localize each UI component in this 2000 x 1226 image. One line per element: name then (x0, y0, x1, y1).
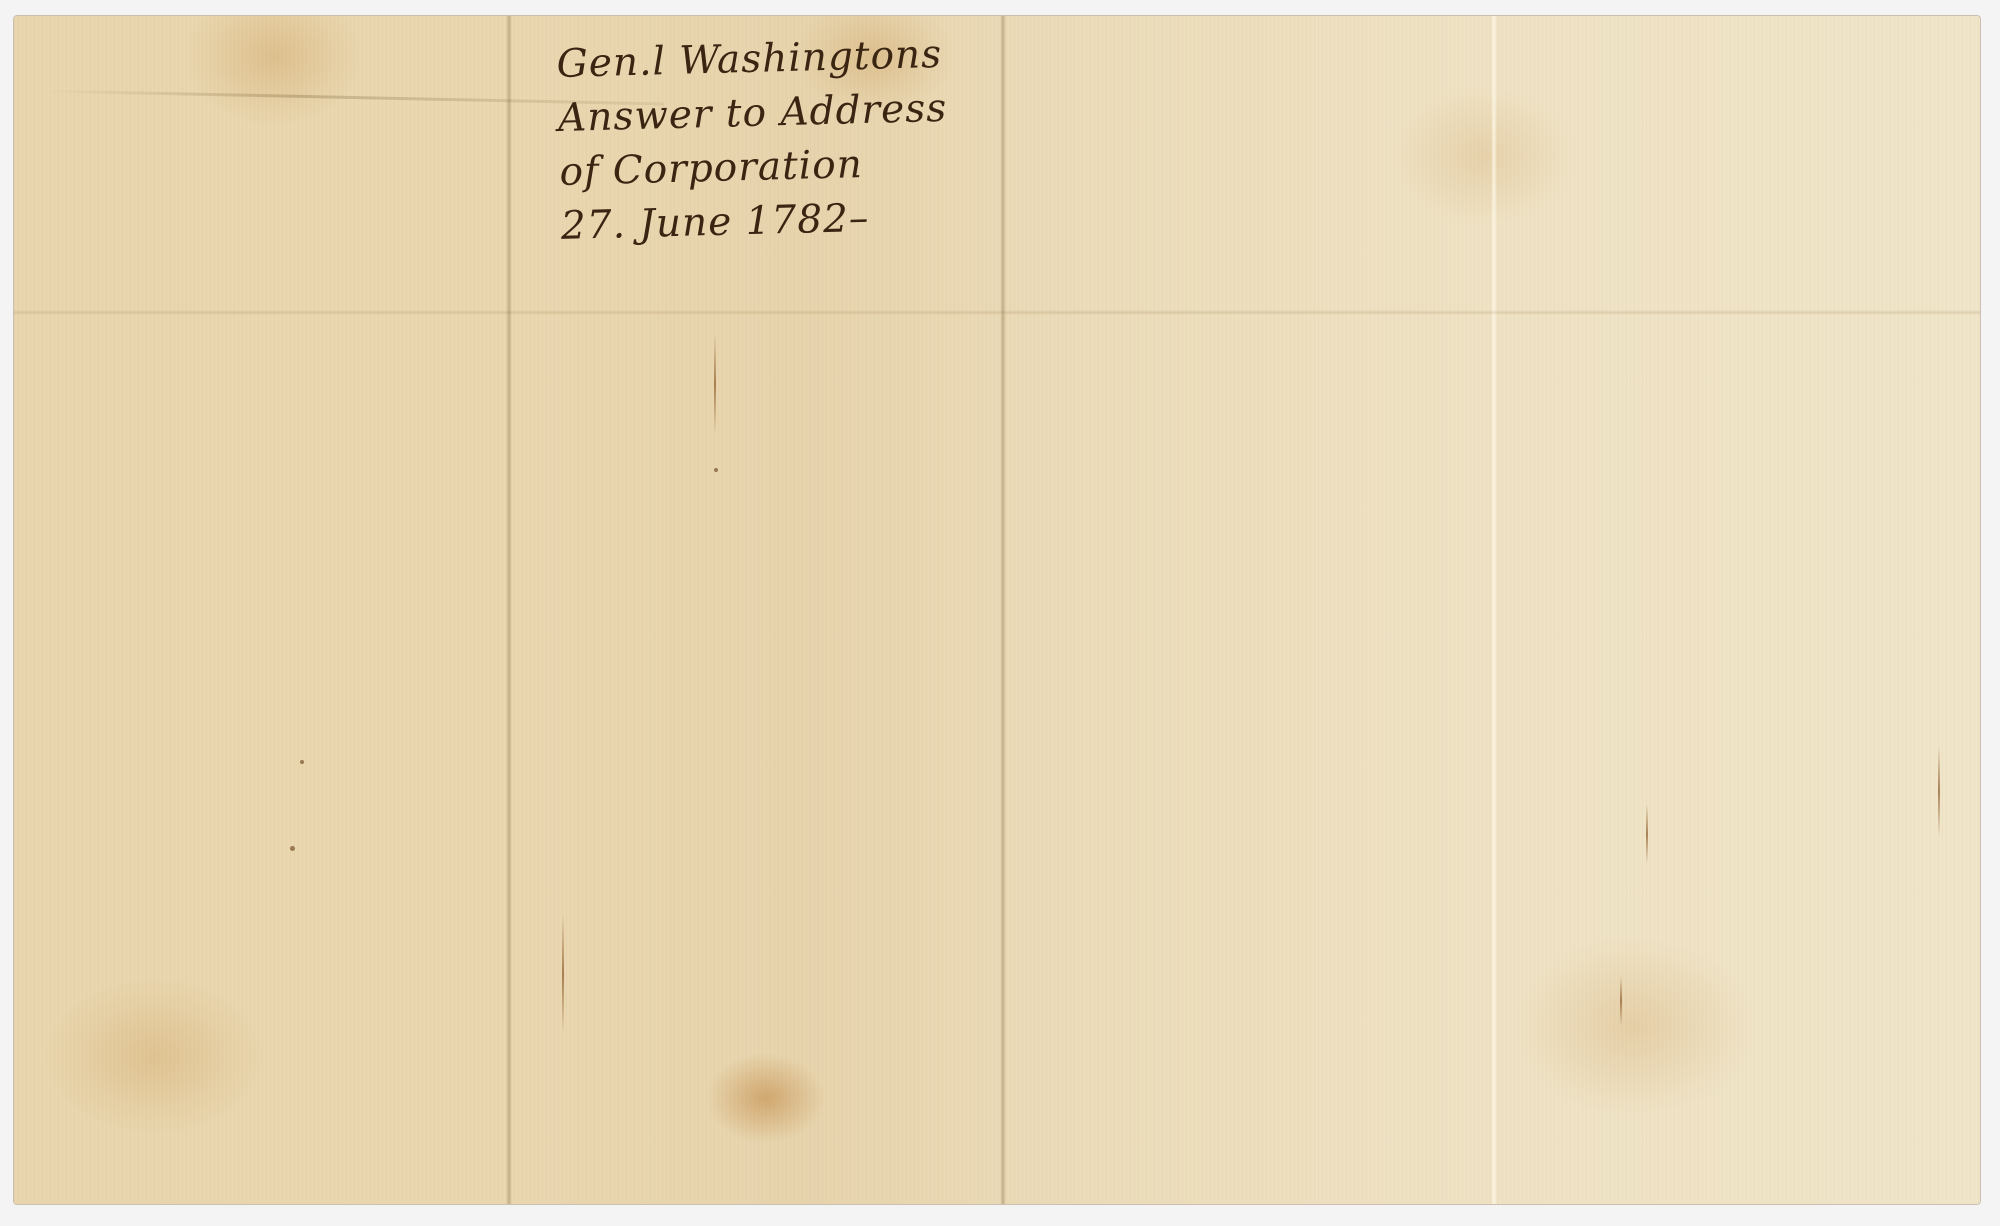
ink-streak (1620, 976, 1622, 1026)
horizontal-fold (14, 310, 1980, 315)
handwritten-docket: Gen.l Washingtons Answer to Address of C… (556, 26, 1031, 254)
ink-streak (1938, 746, 1940, 836)
vertical-fold-3 (1491, 16, 1497, 1204)
docket-line-4: 27. June 1782– (560, 188, 1031, 254)
ink-streak (714, 334, 716, 434)
stain-speck (714, 468, 718, 472)
document-page: Gen.l Washingtons Answer to Address of C… (14, 16, 1980, 1204)
stain-speck (300, 760, 304, 764)
stain-speck (290, 846, 295, 851)
vertical-fold-1 (506, 16, 512, 1204)
ink-streak (562, 914, 564, 1034)
ink-streak (1646, 804, 1648, 864)
